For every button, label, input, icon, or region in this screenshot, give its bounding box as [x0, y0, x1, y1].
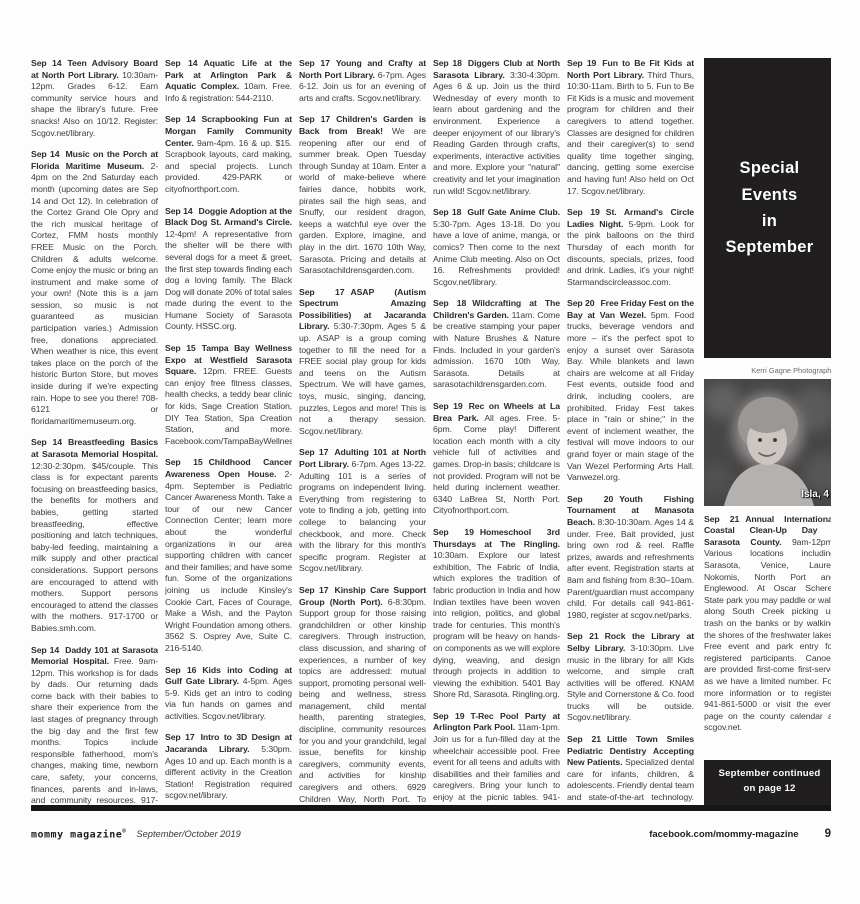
event-date: Sep 14	[31, 437, 62, 447]
event-date: Sep 21	[567, 631, 599, 641]
event-column-5: Sep 19Fun to Be Fit Kids at North Port L…	[567, 58, 694, 805]
event-listing: Sep 18Diggers Club at North Sarasota Lib…	[433, 58, 560, 197]
event-date: Sep 19	[433, 401, 463, 411]
event-listing: Sep 14Doggie Adoption at the Black Dog S…	[165, 206, 292, 334]
event-date: Sep 14	[31, 58, 61, 68]
event-date: Sep 16	[165, 665, 196, 675]
event-heading: Sep 14Aquatic Life at the Park at Arling…	[165, 58, 292, 91]
event-heading: Sep 14Teen Advisory Board at North Port …	[31, 58, 158, 80]
event-date: Sep 18	[433, 58, 462, 68]
event-listing: Sep 19St. Armand's Circle Ladies Night. …	[567, 207, 694, 288]
event-listing: Sep 14Music on the Porch at Florida Mari…	[31, 149, 158, 427]
event-heading: Sep 15Childhood Cancer Awareness Open Ho…	[165, 457, 292, 479]
event-heading: Sep 16Kids into Coding at Gulf Gate Libr…	[165, 665, 292, 687]
event-listing: Sep 15Tampa Bay Wellness Expo at Westfie…	[165, 343, 292, 447]
event-listing: Sep 17ASAP (Autism Spectrum Amazing Poss…	[299, 287, 426, 438]
event-heading: Sep 15Tampa Bay Wellness Expo at Westfie…	[165, 343, 292, 376]
event-heading: Sep 14Scrapbooking Fun at Morgan Family …	[165, 114, 292, 147]
event-heading: Sep 19Fun to Be Fit Kids at North Port L…	[567, 58, 694, 80]
event-listing: Sep 19Homeschool 3rd Thursdays at The Ri…	[433, 527, 560, 701]
event-heading: Sep 19Homeschool 3rd Thursdays at The Ri…	[433, 527, 560, 549]
event-heading: Sep 21Annual International Coastal Clean…	[704, 514, 831, 547]
event-date: Sep 14	[165, 114, 195, 124]
event-date: Sep 18	[433, 298, 466, 308]
event-listing: Sep 17Intro to 3D Design at Jacaranda Li…	[165, 732, 292, 802]
event-date: Sep 15	[165, 457, 203, 467]
event-heading: Sep 17Adulting 101 at North Port Library…	[299, 447, 426, 469]
event-heading: Sep 21Rock the Library at Selby Library.	[567, 631, 694, 653]
event-listing: Sep 21Little Town Smiles Pediatric Denti…	[567, 734, 694, 805]
event-heading: Sep 17Kinship Care Support Group (North …	[299, 585, 426, 607]
event-heading: Sep 17Intro to 3D Design at Jacaranda Li…	[165, 732, 292, 754]
event-date: Sep 20	[567, 298, 594, 308]
facebook-url: facebook.com/mommy-magazine	[649, 829, 798, 840]
event-heading: Sep 20Free Friday Fest on the Bay at Van…	[567, 298, 694, 320]
registered-mark: ®	[122, 828, 126, 835]
footer-rule	[31, 805, 831, 811]
magazine-page: Sep 14Teen Advisory Board at North Port …	[0, 0, 860, 840]
issue-date: September/October 2019	[136, 829, 240, 839]
event-heading: Sep 17ASAP (Autism Spectrum Amazing Poss…	[299, 287, 426, 332]
event-date: Sep 19	[567, 207, 600, 217]
event-date: Sep 17	[299, 447, 328, 457]
event-listing: Sep 20Free Friday Fest on the Bay at Van…	[567, 298, 694, 484]
sidebar-event: Sep 21Annual International Coastal Clean…	[704, 514, 831, 734]
event-date: Sep 21	[704, 514, 739, 524]
child-portrait-illustration	[704, 379, 831, 506]
event-date: Sep 19	[567, 58, 596, 68]
footer-right: facebook.com/mommy-magazine 9	[649, 828, 831, 840]
event-listing: Sep 17Young and Crafty at North Port Lib…	[299, 58, 426, 104]
event-date: Sep 19	[433, 527, 474, 537]
page-footer: mommy magazine® September/October 2019 f…	[31, 828, 831, 840]
event-heading: Sep 18Gulf Gate Anime Club.	[433, 207, 560, 217]
continued-banner: September continued on page 12	[704, 760, 831, 805]
event-date: Sep 14	[165, 58, 197, 68]
event-date: Sep 21	[567, 734, 601, 744]
event-listing: Sep 17Children's Garden is Back from Bre…	[299, 114, 426, 276]
event-heading: Sep 17Children's Garden is Back from Bre…	[299, 114, 426, 136]
event-date: Sep 14	[31, 149, 60, 159]
event-listing: Sep 14Scrapbooking Fun at Morgan Family …	[165, 114, 292, 195]
special-events-banner: Special Events in September	[704, 58, 831, 358]
event-date: Sep 17	[299, 58, 330, 68]
event-date: Sep 17	[165, 732, 195, 742]
event-heading: Sep 18Diggers Club at North Sarasota Lib…	[433, 58, 560, 80]
event-columns: Sep 14Teen Advisory Board at North Port …	[31, 58, 831, 805]
event-listing: Sep 14Breastfeeding Basics at Sarasota M…	[31, 437, 158, 634]
event-date: Sep 17	[299, 114, 330, 124]
event-heading: Sep 17Young and Crafty at North Port Lib…	[299, 58, 426, 80]
event-listing: Sep 17Kinship Care Support Group (North …	[299, 585, 426, 805]
event-heading: Sep 14Doggie Adoption at the Black Dog S…	[165, 206, 292, 228]
event-date: Sep 18	[433, 207, 461, 217]
event-heading: Sep 21Little Town Smiles Pediatric Denti…	[567, 734, 694, 767]
event-listing: Sep 14Teen Advisory Board at North Port …	[31, 58, 158, 139]
event-listing: Sep 21Annual International Coastal Clean…	[704, 514, 831, 734]
event-listing: Sep 20Youth Fishing Tournament at Manaso…	[567, 494, 694, 622]
event-date: Sep 20	[567, 494, 613, 504]
event-listing: Sep 14Daddy 101 at Sarasota Memorial Hos…	[31, 645, 158, 806]
event-listing: Sep 21Rock the Library at Selby Library.…	[567, 631, 694, 724]
event-heading: Sep 18Wildcrafting at The Children's Gar…	[433, 298, 560, 320]
page-number: 9	[825, 828, 831, 840]
event-date: Sep 19	[433, 711, 464, 721]
photo-caption: Isla, 4	[801, 489, 829, 501]
sidebar-column: Special Events in September Kerri Gagne …	[704, 58, 831, 805]
event-column-2: Sep 14Aquatic Life at the Park at Arling…	[165, 58, 292, 805]
event-column-4: Sep 18Diggers Club at North Sarasota Lib…	[433, 58, 560, 805]
event-heading: Sep 14Breastfeeding Basics at Sarasota M…	[31, 437, 158, 459]
event-listing: Sep 19Rec on Wheels at La Brea Park. All…	[433, 401, 560, 517]
magazine-brand: mommy magazine®	[31, 828, 126, 840]
event-date: Sep 14	[165, 206, 193, 216]
event-listing: Sep 19T-Rec Pool Party at Arlington Park…	[433, 711, 560, 805]
event-heading: Sep 19T-Rec Pool Party at Arlington Park…	[433, 711, 560, 733]
event-listing: Sep 17Adulting 101 at North Port Library…	[299, 447, 426, 575]
event-heading: Sep 19Rec on Wheels at La Brea Park.	[433, 401, 560, 423]
event-date: Sep 14	[31, 645, 59, 655]
event-heading: Sep 14Daddy 101 at Sarasota Memorial Hos…	[31, 645, 158, 667]
event-listing: Sep 19Fun to Be Fit Kids at North Port L…	[567, 58, 694, 197]
event-listing: Sep 15Childhood Cancer Awareness Open Ho…	[165, 457, 292, 654]
event-heading: Sep 20Youth Fishing Tournament at Manaso…	[567, 494, 694, 527]
event-listing: Sep 16Kids into Coding at Gulf Gate Libr…	[165, 665, 292, 723]
event-listing: Sep 18Gulf Gate Anime Club. 5:30-7pm. Ag…	[433, 207, 560, 288]
event-column-1: Sep 14Teen Advisory Board at North Port …	[31, 58, 158, 805]
event-heading: Sep 14Music on the Porch at Florida Mari…	[31, 149, 158, 171]
event-heading: Sep 19St. Armand's Circle Ladies Night.	[567, 207, 694, 229]
event-date: Sep 17	[299, 585, 329, 595]
photo-credit: Kerri Gagne Photography	[704, 365, 831, 377]
event-listing: Sep 18Wildcrafting at The Children's Gar…	[433, 298, 560, 391]
footer-left: mommy magazine® September/October 2019	[31, 828, 241, 840]
event-date: Sep 17	[299, 287, 344, 297]
event-column-3: Sep 17Young and Crafty at North Port Lib…	[299, 58, 426, 805]
event-listing: Sep 14Aquatic Life at the Park at Arling…	[165, 58, 292, 104]
event-date: Sep 15	[165, 343, 196, 353]
child-photo: Isla, 4	[704, 379, 831, 506]
